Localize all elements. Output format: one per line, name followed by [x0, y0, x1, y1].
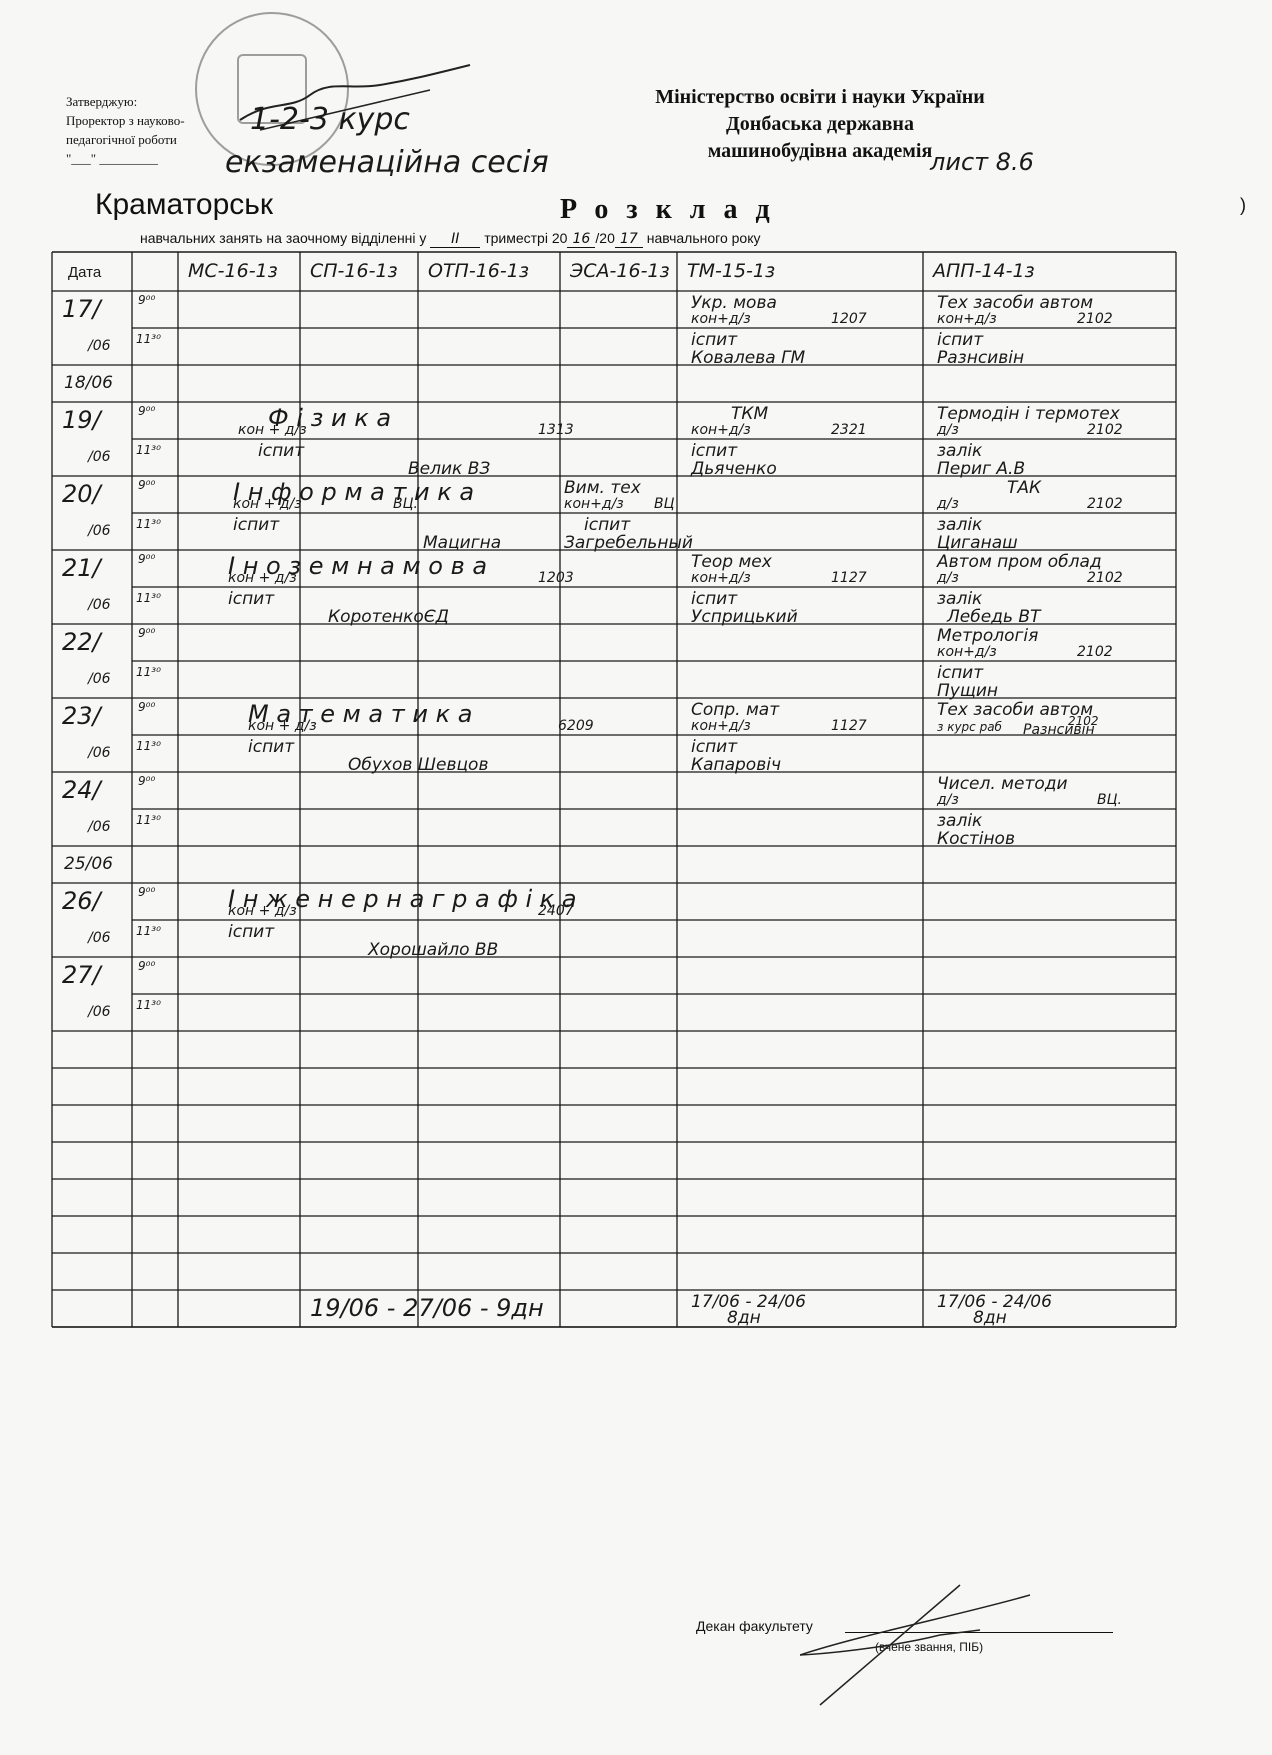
- teacher-name: Велик ВЗ: [408, 459, 490, 479]
- time-slot: 11³⁰: [136, 924, 161, 938]
- subject-name: Термодін і термотех: [937, 404, 1120, 424]
- date-month: /06: [88, 819, 111, 835]
- exam-type: іспит: [937, 663, 983, 683]
- exam-type: залік: [937, 811, 982, 831]
- exam-form: д/з: [937, 792, 959, 808]
- exam-form: кон+д/з: [691, 422, 751, 438]
- teacher-name: Ковалева ГМ: [691, 348, 805, 368]
- exam-type: залік: [937, 515, 982, 535]
- time-slot: 11³⁰: [136, 591, 161, 605]
- period-summary: 19/06 - 27/06 - 9дн: [310, 1294, 544, 1322]
- subject-name: ТАК: [1007, 478, 1041, 498]
- dean-signature: [800, 1575, 1060, 1715]
- date-month: /06: [88, 523, 111, 539]
- exam-type: іспит: [691, 330, 737, 350]
- date-column-header: Дата: [68, 264, 101, 281]
- time-slot: 9⁰⁰: [138, 885, 155, 899]
- room-number: 1313: [538, 422, 574, 438]
- date-month: /06: [88, 1004, 111, 1020]
- date-month: /06: [88, 930, 111, 946]
- teacher-name: Разнсивін: [1023, 722, 1095, 738]
- group-header: ТМ-15-1з: [687, 260, 775, 282]
- room-number: 1207: [831, 311, 867, 327]
- time-slot: 11³⁰: [136, 517, 161, 531]
- exam-type: іспит: [228, 922, 274, 942]
- room-number: 1203: [538, 570, 574, 586]
- teacher-name: Пущин: [937, 681, 998, 701]
- teacher-name: Периг А.В: [937, 459, 1025, 479]
- exam-form: кон+д/з: [937, 311, 997, 327]
- subject-name: Теор мех: [691, 552, 772, 572]
- room-number: ВЦ.: [393, 496, 418, 512]
- exam-form: д/з: [937, 570, 959, 586]
- exam-form: кон + д/з: [238, 422, 307, 438]
- subject-name: Сопр. мат: [691, 700, 779, 720]
- time-slot: 11³⁰: [136, 665, 161, 679]
- room-number: 2102: [1087, 570, 1123, 586]
- room-number: 1127: [831, 718, 867, 734]
- subject-name: Чисел. методи: [937, 774, 1068, 794]
- subject-name: Тех засоби автом: [937, 293, 1093, 313]
- room-number: ВЦ.: [1097, 792, 1122, 808]
- exam-form: кон + д/з: [248, 718, 317, 734]
- teacher-name: Лебедь ВТ: [947, 607, 1040, 627]
- room-number: 2102: [1077, 311, 1113, 327]
- dean-label: Декан факультету: [696, 1618, 813, 1634]
- subject-name: Метрологія: [937, 626, 1038, 646]
- exam-type: іспит: [691, 737, 737, 757]
- period-days: 8дн: [727, 1308, 761, 1328]
- teacher-name: Обухов Шевцов: [348, 755, 488, 775]
- room-number: 2321: [831, 422, 867, 438]
- exam-type: іспит: [691, 441, 737, 461]
- time-slot: 11³⁰: [136, 739, 161, 753]
- exam-type: іспит: [258, 441, 304, 461]
- teacher-name: Капаровіч: [691, 755, 781, 775]
- teacher-name: Разнсивін: [937, 348, 1024, 368]
- date-day: 17/: [62, 295, 101, 323]
- exam-form: кон+д/з: [691, 311, 751, 327]
- exam-form: з курс раб: [937, 720, 1002, 734]
- date-month: /06: [88, 671, 111, 687]
- date-day: 27/: [62, 961, 101, 989]
- time-slot: 11³⁰: [136, 813, 161, 827]
- exam-form: кон+д/з: [691, 718, 751, 734]
- exam-form: кон + д/з: [233, 496, 302, 512]
- exam-form: кон+д/з: [691, 570, 751, 586]
- teacher-name: Хорошайло ВВ: [368, 940, 498, 960]
- room-number: 1127: [831, 570, 867, 586]
- group-header: АПП-14-1з: [933, 260, 1035, 282]
- room-number: 2407: [538, 903, 574, 919]
- exam-type: іспит: [691, 589, 737, 609]
- teacher-name: Дьяченко: [691, 459, 777, 479]
- group-header: СП-16-1з: [310, 260, 398, 282]
- room-number: 2102: [1087, 422, 1123, 438]
- date-month: /06: [88, 745, 111, 761]
- group-header: МС-16-1з: [188, 260, 278, 282]
- teacher-name: Костінов: [937, 829, 1015, 849]
- period-days: 8дн: [973, 1308, 1007, 1328]
- exam-type: іспит: [937, 330, 983, 350]
- room-number: 2102: [1077, 644, 1113, 660]
- exam-type: іспит: [233, 515, 279, 535]
- time-slot: 9⁰⁰: [138, 774, 155, 788]
- date-day: 19/: [62, 406, 101, 434]
- teacher-name: Циганаш: [937, 533, 1018, 553]
- teacher-name: Мацигна: [423, 533, 501, 553]
- date-day: 26/: [62, 887, 101, 915]
- time-slot: 11³⁰: [136, 443, 161, 457]
- time-slot: 9⁰⁰: [138, 552, 155, 566]
- teacher-name: Усприцький: [691, 607, 798, 627]
- exam-type: іспит: [248, 737, 294, 757]
- room-number: 6209: [558, 718, 594, 734]
- subject-name: Вим. тех: [564, 478, 641, 498]
- time-slot: 9⁰⁰: [138, 404, 155, 418]
- date-day: 23/: [62, 702, 101, 730]
- exam-form: кон + д/з: [228, 570, 297, 586]
- exam-form: д/з: [937, 496, 959, 512]
- date-month: /06: [88, 597, 111, 613]
- time-slot: 9⁰⁰: [138, 293, 155, 307]
- date-month: /06: [88, 449, 111, 465]
- time-slot: 11³⁰: [136, 332, 161, 346]
- date-day: 22/: [62, 628, 101, 656]
- date-single: 18/06: [64, 373, 113, 393]
- date-day: 24/: [62, 776, 101, 804]
- time-slot: 9⁰⁰: [138, 478, 155, 492]
- time-slot: 9⁰⁰: [138, 700, 155, 714]
- date-single: 25/06: [64, 854, 113, 874]
- date-month: /06: [88, 338, 111, 354]
- exam-type: залік: [937, 589, 982, 609]
- date-day: 21/: [62, 554, 101, 582]
- exam-type: залік: [937, 441, 982, 461]
- time-slot: 11³⁰: [136, 998, 161, 1012]
- exam-type: іспит: [228, 589, 274, 609]
- subject-name: Автом пром облад: [937, 552, 1102, 572]
- room-number: 2102: [1087, 496, 1123, 512]
- time-slot: 9⁰⁰: [138, 626, 155, 640]
- exam-form: кон+д/з: [937, 644, 997, 660]
- room-number: ВЦ: [654, 496, 674, 512]
- teacher-name: КоротенкоЄД: [328, 607, 449, 627]
- group-header: ЭСА-16-1з: [570, 260, 670, 282]
- teacher-name: Загребельный: [564, 533, 693, 553]
- group-header: ОТП-16-1з: [428, 260, 529, 282]
- subject-name: ТКМ: [731, 404, 768, 424]
- time-slot: 9⁰⁰: [138, 959, 155, 973]
- exam-form: д/з: [937, 422, 959, 438]
- exam-type: іспит: [584, 515, 630, 535]
- subject-name: Укр. мова: [691, 293, 777, 313]
- date-day: 20/: [62, 480, 101, 508]
- exam-form: кон+д/з: [564, 496, 624, 512]
- exam-form: кон + д/з: [228, 903, 297, 919]
